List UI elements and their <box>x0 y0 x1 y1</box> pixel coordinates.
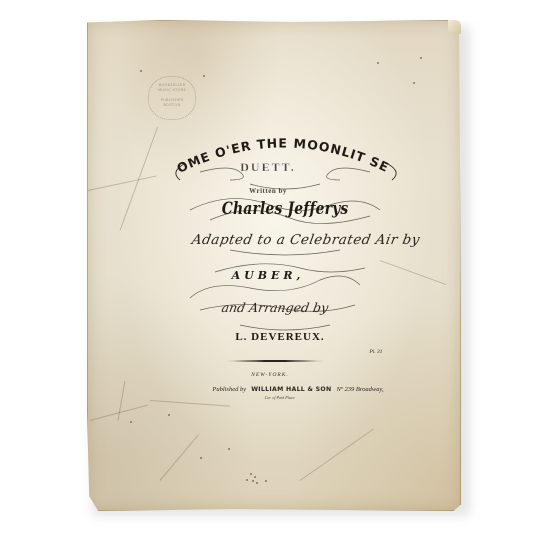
city: NEW-YORK. <box>240 372 300 378</box>
speck <box>228 448 230 450</box>
speck <box>377 62 379 64</box>
arranged-line: and Arranged by <box>204 300 347 315</box>
speck <box>200 457 202 459</box>
subtitle-duett: DUETT. <box>238 160 298 175</box>
speck <box>168 414 170 416</box>
composer-name: AUBER, <box>228 269 308 282</box>
publisher-sub-address: Cor. of Park Place. <box>255 395 305 400</box>
publisher-line: Published by WILLIAM HALL & SON Nº 239 B… <box>188 385 408 393</box>
speck <box>130 421 132 423</box>
publisher-name: WILLIAM HALL & SON <box>251 386 331 393</box>
speck <box>140 70 142 72</box>
folded-corner <box>448 20 461 34</box>
written-by-label: Written by <box>238 187 298 195</box>
divider-rule <box>225 360 325 362</box>
speck <box>246 479 248 481</box>
bookseller-stamp: BOOKSELLER MUSIC STORE · PUBLISHER BOSTO… <box>148 76 196 120</box>
publisher-address: Nº 239 Broadway, <box>337 386 384 393</box>
author-name: Charles Jefferys <box>222 199 329 219</box>
published-by-label: Published by <box>212 386 246 393</box>
speck <box>265 480 267 482</box>
adapted-line: Adapted to a Celebrated Air by <box>191 232 384 248</box>
speck <box>252 480 254 482</box>
speck <box>203 75 205 77</box>
speck <box>250 473 252 475</box>
speck <box>254 476 256 478</box>
arranger-name: L. DEVEREUX. <box>220 331 340 343</box>
stamp-line: BOSTON <box>149 103 195 108</box>
speck <box>420 57 422 59</box>
speck <box>256 482 258 484</box>
speck <box>413 82 415 84</box>
plate-number: Pl. 31 <box>366 349 386 355</box>
